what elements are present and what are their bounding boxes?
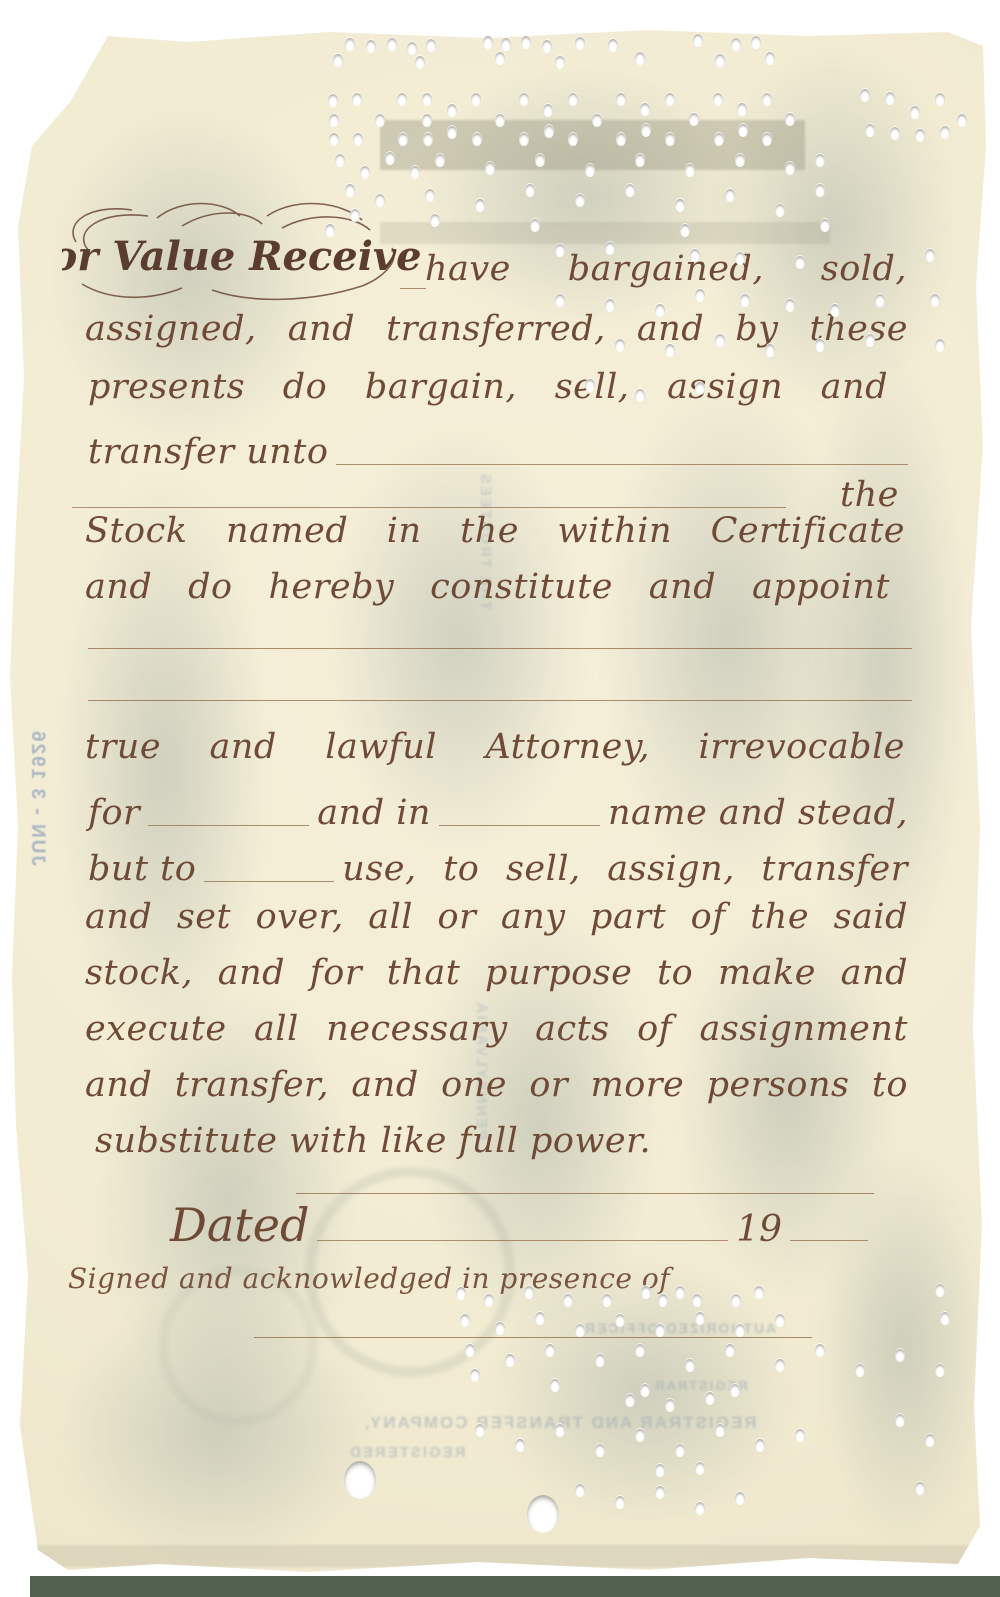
- perforation-hole: [695, 382, 705, 395]
- perforation-hole: [685, 1359, 695, 1372]
- perforation-hole: [475, 199, 485, 212]
- perforation-hole: [410, 166, 420, 179]
- perforation-hole: [725, 1344, 735, 1357]
- perforation-hole: [530, 219, 540, 232]
- perforation-hole: [435, 154, 445, 167]
- header-title-text: For Value Received: [62, 233, 422, 280]
- ghost-text-authorized-officer: AUTHORIZED OFFICER: [583, 1320, 776, 1336]
- form-line-4-text: transfer unto: [88, 433, 328, 472]
- witness-fill-line: [254, 1337, 812, 1338]
- perforation-hole: [535, 154, 545, 167]
- perforation-hole: [875, 294, 885, 307]
- perforation-hole: [602, 1294, 612, 1307]
- perforation-hole: [616, 133, 626, 146]
- perforation-hole: [655, 304, 665, 317]
- perforation-hole: [735, 1492, 745, 1505]
- perforation-hole: [345, 38, 355, 51]
- perforation-hole: [483, 36, 493, 49]
- perforation-hole: [680, 224, 690, 237]
- perforation-hole: [471, 93, 481, 106]
- perforation-hole: [535, 1312, 545, 1325]
- perforation-hole: [640, 103, 650, 116]
- perforation-hole: [695, 1312, 705, 1325]
- perforation-hole: [447, 126, 457, 139]
- perforation-hole: [615, 339, 625, 352]
- perforation-hole: [925, 249, 935, 262]
- form-line-12-text: use, to sell, assign, transfer: [342, 850, 908, 889]
- perforation-hole: [635, 389, 645, 402]
- perforation-hole: [615, 1496, 625, 1509]
- attorney-fill-line-2: [88, 700, 912, 701]
- perforation-hole: [524, 1286, 534, 1299]
- perforation-hole: [555, 56, 565, 69]
- form-line-13: and set over, all or any part of the sai…: [85, 898, 908, 937]
- perforation-hole: [695, 1502, 705, 1515]
- assignee-fill-line: [336, 425, 908, 465]
- perforation-hole: [775, 1359, 785, 1372]
- perforation-hole: [693, 34, 703, 47]
- perforation-hole: [795, 256, 805, 269]
- perforation-hole: [735, 154, 745, 167]
- perforation-hole: [715, 1424, 725, 1437]
- perforation-hole: [865, 124, 875, 137]
- perforation-hole: [940, 126, 950, 139]
- perforation-hole: [658, 1294, 668, 1307]
- perforation-hole: [425, 189, 435, 202]
- perforation-hole: [655, 1324, 665, 1337]
- perforation-hole: [740, 294, 750, 307]
- perforation-hole: [519, 133, 529, 146]
- perforation-hole: [375, 194, 385, 207]
- punch-hole: [527, 1495, 559, 1533]
- perforation-hole: [585, 164, 595, 177]
- perforation-hole: [426, 39, 436, 52]
- perforation-hole: [397, 93, 407, 106]
- perforation-hole: [555, 1424, 565, 1437]
- perforation-hole: [815, 339, 825, 352]
- perforation-hole: [735, 252, 745, 265]
- perforation-hole: [754, 1286, 764, 1299]
- perforation-hole: [555, 294, 565, 307]
- perforation-hole: [625, 1394, 635, 1407]
- perforation-hole: [616, 93, 626, 106]
- perforation-hole: [519, 93, 529, 106]
- perforation-hole: [366, 40, 376, 53]
- perforation-hole: [695, 1462, 705, 1475]
- form-line-5: the: [64, 468, 912, 515]
- perforation-hole: [350, 209, 360, 222]
- perforation-hole: [335, 154, 345, 167]
- perforation-hole: [495, 114, 505, 127]
- perforation-hole: [568, 93, 578, 106]
- perforation-hole: [625, 184, 635, 197]
- form-line-11: for and in name and stead,: [88, 786, 908, 833]
- form-line-17: substitute with like full power.: [95, 1122, 651, 1161]
- perforation-hole: [935, 1364, 945, 1377]
- perforation-hole: [608, 39, 618, 52]
- perforation-hole: [675, 199, 685, 212]
- fill-line-small-3: [204, 842, 334, 882]
- perforation-hole: [915, 129, 925, 142]
- date-stamp: JUN - 3 1926: [26, 729, 48, 866]
- perforation-hole: [472, 133, 482, 146]
- perforation-hole: [415, 56, 425, 69]
- perforation-hole: [495, 52, 505, 65]
- perforation-hole: [705, 1392, 715, 1405]
- perforation-hole: [692, 1294, 702, 1307]
- perforation-hole: [605, 242, 615, 255]
- header-fill-line: [400, 288, 426, 289]
- perforation-hole: [635, 1429, 645, 1442]
- date-fill-line: [317, 1222, 728, 1241]
- perforation-hole: [713, 93, 723, 106]
- perforation-hole: [738, 124, 748, 137]
- perforation-hole: [575, 1324, 585, 1337]
- perforation-hole: [895, 1349, 905, 1362]
- showthrough-stamp-band: [380, 222, 830, 244]
- perforation-hole: [915, 1482, 925, 1495]
- perforation-hole: [333, 54, 343, 67]
- perforation-hole: [345, 184, 355, 197]
- form-line-11-for: for: [88, 794, 140, 833]
- perforation-hole: [730, 1384, 740, 1397]
- fill-line-small-1: [148, 786, 309, 826]
- perforation-hole: [640, 1384, 650, 1397]
- perforation-hole: [675, 1286, 685, 1299]
- perforation-hole: [689, 113, 699, 126]
- perforation-hole: [725, 189, 735, 202]
- witness-label: Signed and acknowledged in presence of: [68, 1262, 670, 1295]
- signature-fill-line: [296, 1193, 874, 1194]
- form-line-14: stock, and for that purpose to make and: [85, 954, 908, 993]
- perforation-hole: [665, 1399, 675, 1412]
- perforation-hole: [765, 344, 775, 357]
- form-line-10: true and lawful Attorney, irrevocable: [85, 728, 905, 767]
- perforation-hole: [785, 162, 795, 175]
- fill-line-small-2: [439, 786, 600, 826]
- perforation-hole: [595, 1354, 605, 1367]
- perforation-hole: [525, 184, 535, 197]
- perforation-hole: [505, 1354, 515, 1367]
- perforation-hole: [820, 219, 830, 232]
- perforation-hole: [775, 1314, 785, 1327]
- perforation-hole: [542, 40, 552, 53]
- perforation-hole: [575, 194, 585, 207]
- perforation-hole: [550, 1379, 560, 1392]
- perforation-hole: [762, 93, 772, 106]
- perforation-hole: [731, 38, 741, 51]
- form-line-15: execute all necessary acts of assignment: [85, 1010, 908, 1049]
- perforation-hole: [930, 294, 940, 307]
- perforation-hole: [470, 1369, 480, 1382]
- perforation-hole: [655, 1464, 665, 1477]
- perforation-hole: [568, 133, 578, 146]
- perforation-hole: [690, 249, 700, 262]
- perforation-hole: [695, 289, 705, 302]
- perforation-hole: [855, 1364, 865, 1377]
- perforation-hole: [501, 38, 511, 51]
- perforation-hole: [352, 93, 362, 106]
- perforation-hole: [830, 304, 840, 317]
- perforation-hole: [563, 1294, 573, 1307]
- form-line-11-name-stead: name and stead,: [608, 794, 908, 833]
- perforation-hole: [544, 125, 554, 138]
- perforation-hole: [910, 106, 920, 119]
- perforation-hole: [465, 1344, 475, 1357]
- perforation-hole: [430, 214, 440, 227]
- perforation-hole: [407, 42, 417, 55]
- form-line-12: but to use, to sell, assign, transfer: [88, 842, 908, 889]
- perforation-hole: [731, 1294, 741, 1307]
- perforation-hole: [385, 152, 395, 165]
- perforation-hole: [935, 93, 945, 106]
- form-line-16: and transfer, and one or more persons to: [85, 1066, 908, 1105]
- scan-background-strip: [30, 1576, 1000, 1597]
- perforation-hole: [456, 1287, 466, 1300]
- perforation-hole: [735, 1324, 745, 1337]
- form-line-4: transfer unto: [88, 425, 916, 472]
- perforation-hole: [815, 1344, 825, 1357]
- perforation-hole: [615, 1314, 625, 1327]
- perforation-hole: [422, 114, 432, 127]
- perforation-hole: [815, 154, 825, 167]
- perforation-hole: [398, 133, 408, 146]
- perforation-hole: [675, 1444, 685, 1457]
- perforation-hole: [795, 1429, 805, 1442]
- perforation-hole: [755, 1439, 765, 1452]
- perforation-hole: [329, 114, 339, 127]
- perforation-hole: [353, 133, 363, 146]
- perforation-hole: [865, 334, 875, 347]
- perforation-hole: [665, 93, 675, 106]
- perforation-hole: [957, 114, 967, 127]
- perforation-hole: [935, 339, 945, 352]
- perforation-hole: [751, 36, 761, 49]
- perforation-hole: [665, 344, 675, 357]
- perforation-hole: [785, 299, 795, 312]
- form-line-7: and do hereby constitute and appoint: [85, 568, 890, 607]
- perforation-hole: [328, 94, 338, 107]
- showthrough-stamp-band: [8, 1545, 992, 1567]
- perforation-hole: [423, 133, 433, 146]
- form-line-2: assigned, and transferred, and by these: [85, 310, 908, 349]
- perforation-hole: [543, 104, 553, 117]
- perforation-hole: [515, 1439, 525, 1452]
- perforation-hole: [495, 1322, 505, 1335]
- perforation-hole: [890, 127, 900, 140]
- perforation-hole: [935, 1284, 945, 1297]
- perforation-hole: [815, 184, 825, 197]
- form-line-6: Stock named in the within Certificate: [85, 512, 905, 551]
- perforation-hole: [685, 164, 695, 177]
- perforation-hole: [484, 1294, 494, 1307]
- form-line-1: have bargained, sold,: [425, 250, 907, 289]
- perforation-hole: [447, 104, 457, 117]
- perforation-hole: [655, 1486, 665, 1499]
- perforation-hole: [715, 334, 725, 347]
- perforation-hole: [641, 1286, 651, 1299]
- perforation-hole: [714, 133, 724, 146]
- perforation-hole: [641, 124, 651, 137]
- perforation-hole: [715, 54, 725, 67]
- perforation-hole: [605, 299, 615, 312]
- perforation-hole: [360, 166, 370, 179]
- form-line-5-text: the: [840, 476, 899, 515]
- dated-row: Dated 19: [170, 1198, 876, 1252]
- punch-hole: [344, 1461, 376, 1499]
- perforation-hole: [595, 1444, 605, 1457]
- year-fill-line: [790, 1222, 868, 1241]
- perforation-hole: [329, 133, 339, 146]
- perforation-hole: [665, 133, 675, 146]
- perforation-hole: [762, 133, 772, 146]
- assignee-fill-line-2: [72, 468, 786, 508]
- perforation-hole: [592, 114, 602, 127]
- perforation-hole: [422, 93, 432, 106]
- perforation-hole: [575, 1484, 585, 1497]
- perforation-hole: [585, 379, 595, 392]
- perforation-hole: [521, 36, 531, 49]
- perforation-hole: [475, 1424, 485, 1437]
- perforation-hole: [545, 1344, 555, 1357]
- perforation-hole: [635, 52, 645, 65]
- perforation-hole: [775, 204, 785, 217]
- perforation-hole: [925, 1434, 935, 1447]
- scanned-certificate-page: AUTHORIZED OFFICER REGISTRAR REGISTRAR A…: [0, 0, 1000, 1597]
- perforation-hole: [325, 224, 335, 237]
- perforation-hole: [765, 52, 775, 65]
- for-value-received-header: For Value Received: [62, 200, 422, 310]
- perforation-hole: [635, 154, 645, 167]
- year-prefix: 19: [736, 1209, 782, 1250]
- form-line-3: presents do bargain, sell, assign and: [88, 368, 888, 407]
- form-line-11-and-in: and in: [317, 794, 431, 833]
- perforation-hole: [375, 114, 385, 127]
- perforation-hole: [785, 113, 795, 126]
- ghost-text-registered: REGISTERED: [348, 1444, 466, 1461]
- perforation-hole: [737, 103, 747, 116]
- perforation-hole: [895, 1414, 905, 1427]
- perforation-hole: [885, 92, 895, 105]
- dated-label: Dated: [170, 1198, 309, 1252]
- perforation-hole: [635, 1344, 645, 1357]
- perforation-hole: [940, 1312, 950, 1325]
- perforation-hole: [555, 244, 565, 257]
- perforation-hole: [485, 162, 495, 175]
- form-line-12-but-to: but to: [88, 850, 196, 889]
- perforation-hole: [575, 37, 585, 50]
- perforation-hole: [860, 89, 870, 102]
- perforation-hole: [387, 38, 397, 51]
- perforation-hole: [460, 1314, 470, 1327]
- attorney-fill-line-1: [88, 648, 912, 649]
